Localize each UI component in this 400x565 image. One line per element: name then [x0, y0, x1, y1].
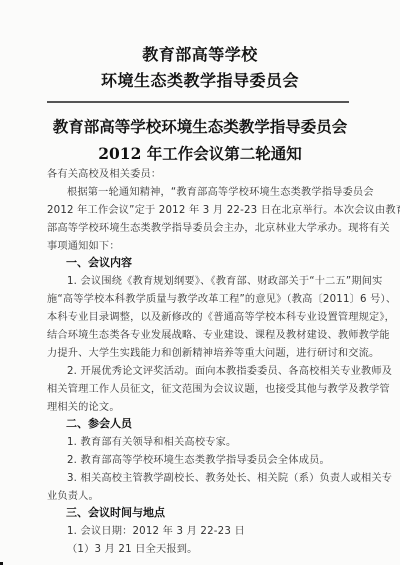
- section-heading: 三、会议时间与地点: [66, 504, 165, 520]
- section-heading: 二、参会人员: [66, 415, 132, 431]
- paragraph-line: 1. 教育部有关领导和相关高校专家。: [67, 433, 236, 448]
- intro-line: 2012 年工作会议”定于 2012 年 3 月 22-23 日在北京举行。本次…: [47, 201, 400, 216]
- letterhead-divider: [47, 101, 349, 103]
- paragraph-line: 1. 会议日期：2012 年 3 月 22-23 日: [67, 522, 245, 537]
- intro-line: 事项通知如下：: [47, 237, 120, 252]
- notice-title-line-2: 2012 年工作会议第二轮通知: [0, 142, 400, 164]
- paragraph-line: 施“高等学校本科教学质量与教学改革工程”的意见》（教高〔2011〕6 号）、: [47, 290, 396, 305]
- salutation: 各有关高校及相关委员：: [47, 165, 161, 180]
- paragraph-line: 结合环境生态类各专业发展战略、专业建设、课程及教材建设、教师教学能: [47, 326, 390, 341]
- paragraph-line: （1）3 月 21 日全天报到。: [67, 540, 198, 555]
- paragraph-line: 业负责人。: [47, 487, 99, 502]
- intro-line: 部高等学校环境生态类教学指导委员会主办，北京林业大学承办。现将有关: [47, 219, 390, 234]
- section-heading: 一、会议内容: [66, 254, 132, 270]
- paragraph-line: 相关管理工作人员征文，征文范围为会议议题，也接受其他与教学及教学管: [47, 380, 390, 395]
- paragraph-line: 力提升、大学生实践能力和创新精神培养等重大问题，进行研讨和交流。: [47, 344, 379, 359]
- paragraph-line: 2. 教育部高等学校环境生态类教学指导委员会全体成员。: [67, 451, 330, 466]
- paragraph-line: 1. 会议围绕《教育规划纲要》、《教育部、财政部关于“十二五”期间实: [67, 272, 383, 287]
- paragraph-line: 2. 开展优秀论文评奖活动。面向本教指委委员、各高校相关专业教师及: [67, 362, 392, 377]
- paragraph-line: 3. 相关高校主管教学副校长、教务处长、相关院（系）负责人或相关专: [67, 469, 392, 484]
- letterhead-line-1: 教育部高等学校: [0, 42, 400, 65]
- letterhead-line-2: 环境生态类教学指导委员会: [0, 68, 400, 91]
- notice-title-line-1: 教育部高等学校环境生态类教学指导委员会: [0, 115, 400, 137]
- intro-line: 根据第一轮通知精神，“教育部高等学校环境生态类教学指导委员会: [67, 183, 374, 198]
- paragraph-line: 本科专业目录调整，以及新修改的《普通高等学校本科专业设置管理规定》，: [47, 308, 395, 323]
- paragraph-line: 理相关的论文。: [47, 398, 120, 413]
